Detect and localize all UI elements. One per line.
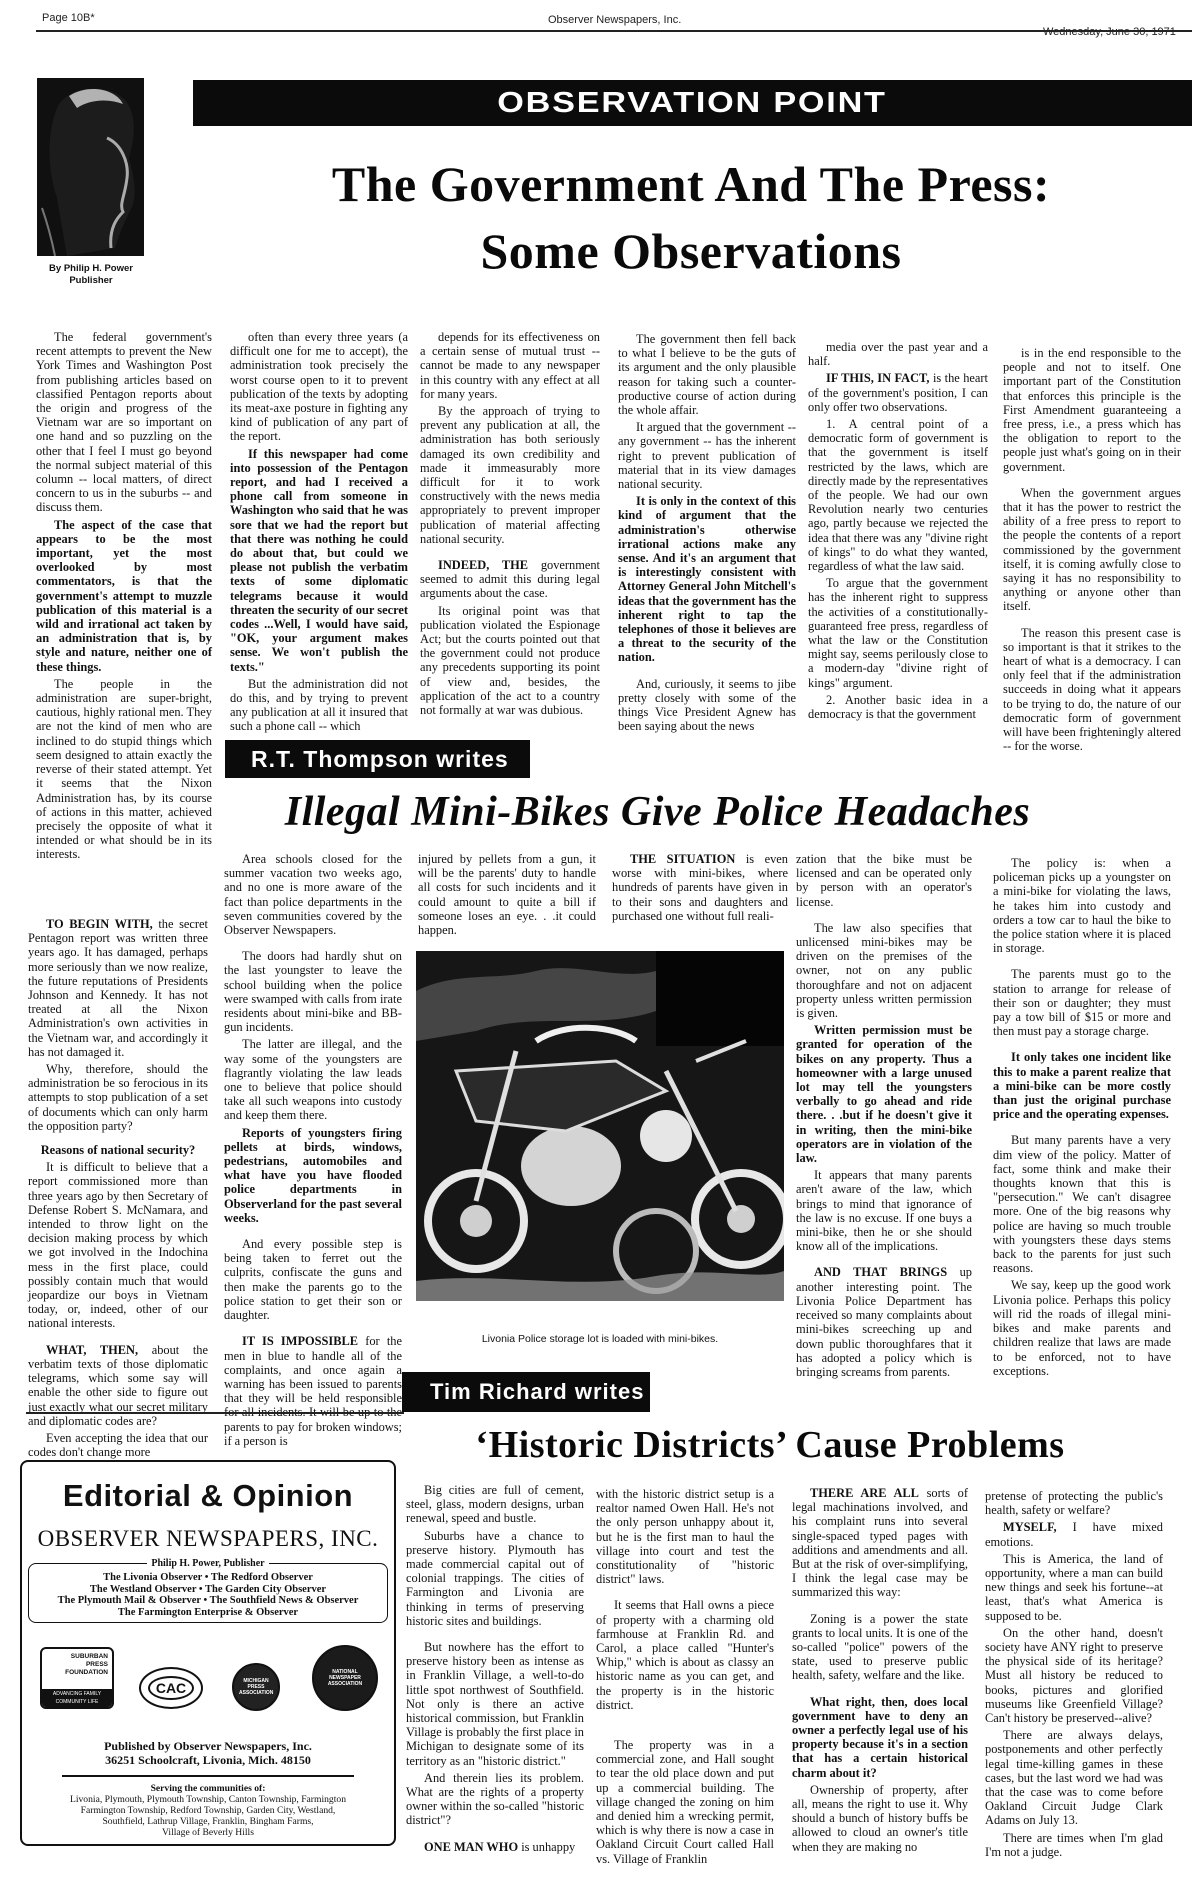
article-paragraph: There are times when I'm glad I'm not a … bbox=[985, 1831, 1163, 1859]
article-paragraph: If this newspaper had come into possessi… bbox=[230, 447, 408, 674]
article-paragraph: AND THAT BRINGS up another interesting p… bbox=[796, 1265, 972, 1379]
mb-column-3: THE SITUATION is even worse with mini-bi… bbox=[612, 852, 788, 926]
article-paragraph: zation that the bike must be licensed an… bbox=[796, 852, 972, 909]
article-paragraph: Suburbs have a chance to preserve histor… bbox=[406, 1529, 584, 1628]
masthead-divider bbox=[62, 1775, 354, 1777]
suburban-press-foundation-logo: SUBURBAN PRESS FOUNDATION ADVANCING FAMI… bbox=[40, 1647, 114, 1709]
article-paragraph: pretense of protecting the public's heal… bbox=[985, 1489, 1163, 1517]
author-title: Publisher bbox=[30, 275, 152, 287]
minibikes-headline: Illegal Mini-Bikes Give Police Headaches bbox=[225, 786, 1090, 838]
article-paragraph: The policy is: when a policeman picks up… bbox=[993, 856, 1171, 955]
article-paragraph: It only takes one incident like this to … bbox=[993, 1050, 1171, 1121]
article-paragraph: What right, then, does local government … bbox=[792, 1695, 968, 1780]
op-column-2: often than every three years (a difficul… bbox=[230, 330, 408, 737]
article-paragraph: ONE MAN WHO is unhappy bbox=[406, 1840, 584, 1854]
masthead-publisher: Philip H. Power, Publisher bbox=[28, 1558, 388, 1569]
article-paragraph: Written permission must be granted for o… bbox=[796, 1023, 972, 1165]
op-column-5: media over the past year and a half.IF T… bbox=[808, 340, 988, 724]
article-paragraph: There are always delays, postponements a… bbox=[985, 1728, 1163, 1827]
article-paragraph: THE SITUATION is even worse with mini-bi… bbox=[612, 852, 788, 923]
article-paragraph: Area schools closed for the summer vacat… bbox=[224, 852, 402, 937]
paper-line: The Livonia Observer • The Redford Obser… bbox=[35, 1572, 381, 1584]
association-logos: SUBURBAN PRESS FOUNDATION ADVANCING FAMI… bbox=[22, 1637, 394, 1733]
paragraph-lead-in: MYSELF, bbox=[1003, 1520, 1057, 1534]
article-paragraph: is in the end responsible to the people … bbox=[1003, 346, 1181, 474]
banner-author: Tim Richard writes bbox=[430, 1379, 644, 1405]
op-column-4: The government then fell back to what I … bbox=[618, 332, 796, 736]
publisher-line: Philip H. Power, Publisher bbox=[147, 1558, 268, 1569]
article-paragraph: The latter are illegal, and the way some… bbox=[224, 1037, 402, 1122]
article-paragraph: IF THIS, IN FACT, is the heart of the go… bbox=[808, 371, 988, 414]
article-paragraph: injured by pellets from a gun, it will b… bbox=[418, 852, 596, 937]
article-paragraph: But nowhere has the effort to preserve h… bbox=[406, 1640, 584, 1768]
article-paragraph: with the historic district setup is a re… bbox=[596, 1487, 774, 1586]
page-number: Page 10B* bbox=[42, 12, 95, 24]
community-line: Farmington Township, Redford Township, G… bbox=[22, 1805, 394, 1816]
published-by: Published by Observer Newspapers, Inc. bbox=[22, 1739, 394, 1753]
tim-richard-banner: Tim Richard writes bbox=[402, 1372, 650, 1412]
logo-label: SUBURBAN PRESS FOUNDATION bbox=[42, 1649, 112, 1677]
hd-column-2: with the historic district setup is a re… bbox=[596, 1487, 774, 1869]
article-paragraph: We say, keep up the good work Livonia po… bbox=[993, 1278, 1171, 1377]
paragraph-lead-in: THERE ARE ALL bbox=[810, 1486, 919, 1500]
article-paragraph: THERE ARE ALL sorts of legal machination… bbox=[792, 1486, 968, 1600]
article-paragraph: MYSELF, I have mixed emotions. bbox=[985, 1520, 1163, 1548]
observation-point-banner: OBSERVATION POINT bbox=[193, 80, 1192, 126]
article-paragraph: This is America, the land of opportunity… bbox=[985, 1552, 1163, 1623]
headline-line-2: Some Observations bbox=[190, 222, 1192, 280]
article-paragraph: But the administration did not do this, … bbox=[230, 677, 408, 734]
op-continuation-column: TO BEGIN WITH, the secret Pentagon repor… bbox=[28, 735, 208, 1462]
publisher-address: 36251 Schoolcraft, Livonia, Mich. 48150 bbox=[22, 1753, 394, 1767]
mb-column-5: The policy is: when a policeman picks up… bbox=[993, 856, 1171, 1381]
mb-column-2: injured by pellets from a gun, it will b… bbox=[418, 852, 596, 940]
article-paragraph: On the other hand, doesn't society have … bbox=[985, 1626, 1163, 1725]
article-paragraph: And, curiously, it seems to jibe pretty … bbox=[618, 677, 796, 734]
paper-line: The Plymouth Mail & Observer • The South… bbox=[35, 1595, 381, 1607]
headline-line-1: The Government And The Press: bbox=[190, 155, 1192, 213]
logo-label: CAC bbox=[148, 1676, 194, 1700]
article-paragraph: And therein lies its problem. What are t… bbox=[406, 1771, 584, 1828]
masthead-title: Editorial & Opinion bbox=[22, 1478, 394, 1514]
editorial-masthead: Editorial & Opinion OBSERVER NEWSPAPERS,… bbox=[20, 1460, 396, 1846]
article-paragraph: And every possible step is being taken t… bbox=[224, 1237, 402, 1322]
masthead-company: OBSERVER NEWSPAPERS, INC. bbox=[22, 1526, 394, 1552]
article-paragraph: When the government argues that it has t… bbox=[1003, 486, 1181, 614]
paragraph-lead-in: AND THAT BRINGS bbox=[814, 1265, 947, 1279]
article-paragraph: It is difficult to believe that a report… bbox=[28, 1160, 208, 1330]
mb-column-1: Area schools closed for the summer vacat… bbox=[224, 852, 402, 1451]
portrait-photo-icon bbox=[37, 78, 144, 256]
paragraph-lead-in: IT IS IMPOSSIBLE bbox=[242, 1334, 358, 1348]
community-line: Southfield, Lathrup Village, Franklin, B… bbox=[22, 1816, 394, 1827]
hd-column-1: Big cities are full of cement, steel, gl… bbox=[406, 1483, 584, 1857]
minibikes-photo bbox=[416, 951, 784, 1301]
article-paragraph: Reasons of national security? bbox=[28, 1143, 208, 1157]
publisher-name: Observer Newspapers, Inc. bbox=[548, 14, 681, 26]
article-paragraph: Even accepting the idea that our codes d… bbox=[28, 1431, 208, 1459]
paragraph-lead-in: WHAT, THEN, bbox=[46, 1343, 138, 1357]
rt-thompson-banner: R.T. Thompson writes bbox=[225, 740, 530, 778]
minibikes-photo-icon bbox=[416, 951, 784, 1301]
article-paragraph: The government then fell back to what I … bbox=[618, 332, 796, 417]
article-paragraph: The property was in a commercial zone, a… bbox=[596, 1738, 774, 1866]
paragraph-lead-in: TO BEGIN WITH, bbox=[46, 917, 153, 931]
serving-label: Serving the communities of: bbox=[22, 1783, 394, 1794]
header-rule bbox=[36, 30, 1192, 32]
article-paragraph: The law also specifies that unlicensed m… bbox=[796, 921, 972, 1020]
article-paragraph: It argued that the government -- any gov… bbox=[618, 420, 796, 491]
op-column-6: is in the end responsible to the people … bbox=[1003, 346, 1181, 756]
logo-label: NATIONAL NEWSPAPER ASSOCIATION bbox=[325, 1669, 365, 1687]
author-portrait bbox=[37, 78, 144, 256]
paragraph-lead-in: IF THIS, IN FACT, bbox=[826, 371, 930, 385]
article-paragraph: WHAT, THEN, about the verbatim texts of … bbox=[28, 1343, 208, 1428]
paragraph-lead-in: ONE MAN WHO bbox=[424, 1840, 518, 1854]
article-paragraph: It is only in the context of this kind o… bbox=[618, 494, 796, 664]
mb-column-4: zation that the bike must be licensed an… bbox=[796, 852, 972, 1382]
article-paragraph: The parents must go to the station to ar… bbox=[993, 967, 1171, 1038]
masthead-papers: The Livonia Observer • The Redford Obser… bbox=[28, 1563, 388, 1623]
article-paragraph: Zoning is a power the state grants to lo… bbox=[792, 1612, 968, 1683]
article-paragraph: It appears that many parents aren't awar… bbox=[796, 1168, 972, 1253]
author-byline: By Philip H. Power Publisher bbox=[30, 263, 152, 287]
author-name: By Philip H. Power bbox=[30, 263, 152, 275]
article-paragraph: IT IS IMPOSSIBLE for the men in blue to … bbox=[224, 1334, 402, 1448]
community-line: Village of Beverly Hills bbox=[22, 1827, 394, 1838]
banner-title: OBSERVATION POINT bbox=[498, 87, 887, 120]
paper-line: The Westland Observer • The Garden City … bbox=[35, 1584, 381, 1596]
article-paragraph: The federal government's recent attempts… bbox=[36, 330, 212, 515]
logo-label: MICHIGAN PRESS ASSOCIATION bbox=[239, 1678, 273, 1696]
national-newspaper-association-logo: NATIONAL NEWSPAPER ASSOCIATION bbox=[312, 1645, 378, 1711]
logo-sub: ADVANCING FAMILY COMMUNITY LIFE bbox=[42, 1689, 112, 1707]
article-paragraph: media over the past year and a half. bbox=[808, 340, 988, 368]
article-paragraph: The reason this present case is so impor… bbox=[1003, 626, 1181, 754]
banner-author: R.T. Thompson writes bbox=[251, 746, 509, 773]
masthead-communities: Serving the communities of: Livonia, Ply… bbox=[22, 1783, 394, 1838]
article-paragraph: Reports of youngsters firing pellets at … bbox=[224, 1126, 402, 1225]
article-paragraph: It seems that Hall owns a piece of prope… bbox=[596, 1598, 774, 1712]
article-paragraph: Why, therefore, should the administratio… bbox=[28, 1062, 208, 1133]
article-paragraph: INDEED, THE government seemed to admit t… bbox=[420, 558, 600, 601]
hd-column-3: THERE ARE ALL sorts of legal machination… bbox=[792, 1486, 968, 1857]
article-paragraph: TO BEGIN WITH, the secret Pentagon repor… bbox=[28, 917, 208, 1059]
hd-column-4: pretense of protecting the public's heal… bbox=[985, 1489, 1163, 1862]
paper-line: The Farmington Enterprise & Observer bbox=[35, 1607, 381, 1619]
article-paragraph: 2. Another basic idea in a democracy is … bbox=[808, 693, 988, 721]
op-column-3: depends for its effectiveness on a certa… bbox=[420, 330, 600, 720]
historic-headline: ‘Historic Districts’ Cause Problems bbox=[470, 1422, 1070, 1468]
article-paragraph: Big cities are full of cement, steel, gl… bbox=[406, 1483, 584, 1526]
article-paragraph: The doors had hardly shut on the last yo… bbox=[224, 949, 402, 1034]
photo-caption: Livonia Police storage lot is loaded wit… bbox=[416, 1333, 784, 1345]
community-line: Livonia, Plymouth, Plymouth Township, Ca… bbox=[22, 1794, 394, 1805]
issue-date: Wednesday, June 30, 1971 bbox=[1043, 26, 1176, 38]
article-paragraph: But many parents have a very dim view of… bbox=[993, 1133, 1171, 1275]
section-rule bbox=[26, 1412, 404, 1414]
article-paragraph: Its original point was that publication … bbox=[420, 604, 600, 718]
cac-logo: CAC bbox=[139, 1667, 203, 1709]
article-paragraph: Ownership of property, after all, means … bbox=[792, 1783, 968, 1854]
michigan-press-association-logo: MICHIGAN PRESS ASSOCIATION bbox=[232, 1663, 280, 1711]
paragraph-lead-in: INDEED, THE bbox=[438, 558, 528, 572]
paragraph-lead-in: THE SITUATION bbox=[630, 852, 735, 866]
article-paragraph: depends for its effectiveness on a certa… bbox=[420, 330, 600, 401]
article-paragraph: By the approach of trying to prevent any… bbox=[420, 404, 600, 546]
masthead-address-block: Published by Observer Newspapers, Inc. 3… bbox=[22, 1739, 394, 1767]
article-paragraph: The aspect of the case that appears to b… bbox=[36, 518, 212, 674]
article-paragraph: 1. A central point of a democratic form … bbox=[808, 417, 988, 573]
article-paragraph: To argue that the government has the inh… bbox=[808, 576, 988, 690]
article-paragraph: often than every three years (a difficul… bbox=[230, 330, 408, 444]
